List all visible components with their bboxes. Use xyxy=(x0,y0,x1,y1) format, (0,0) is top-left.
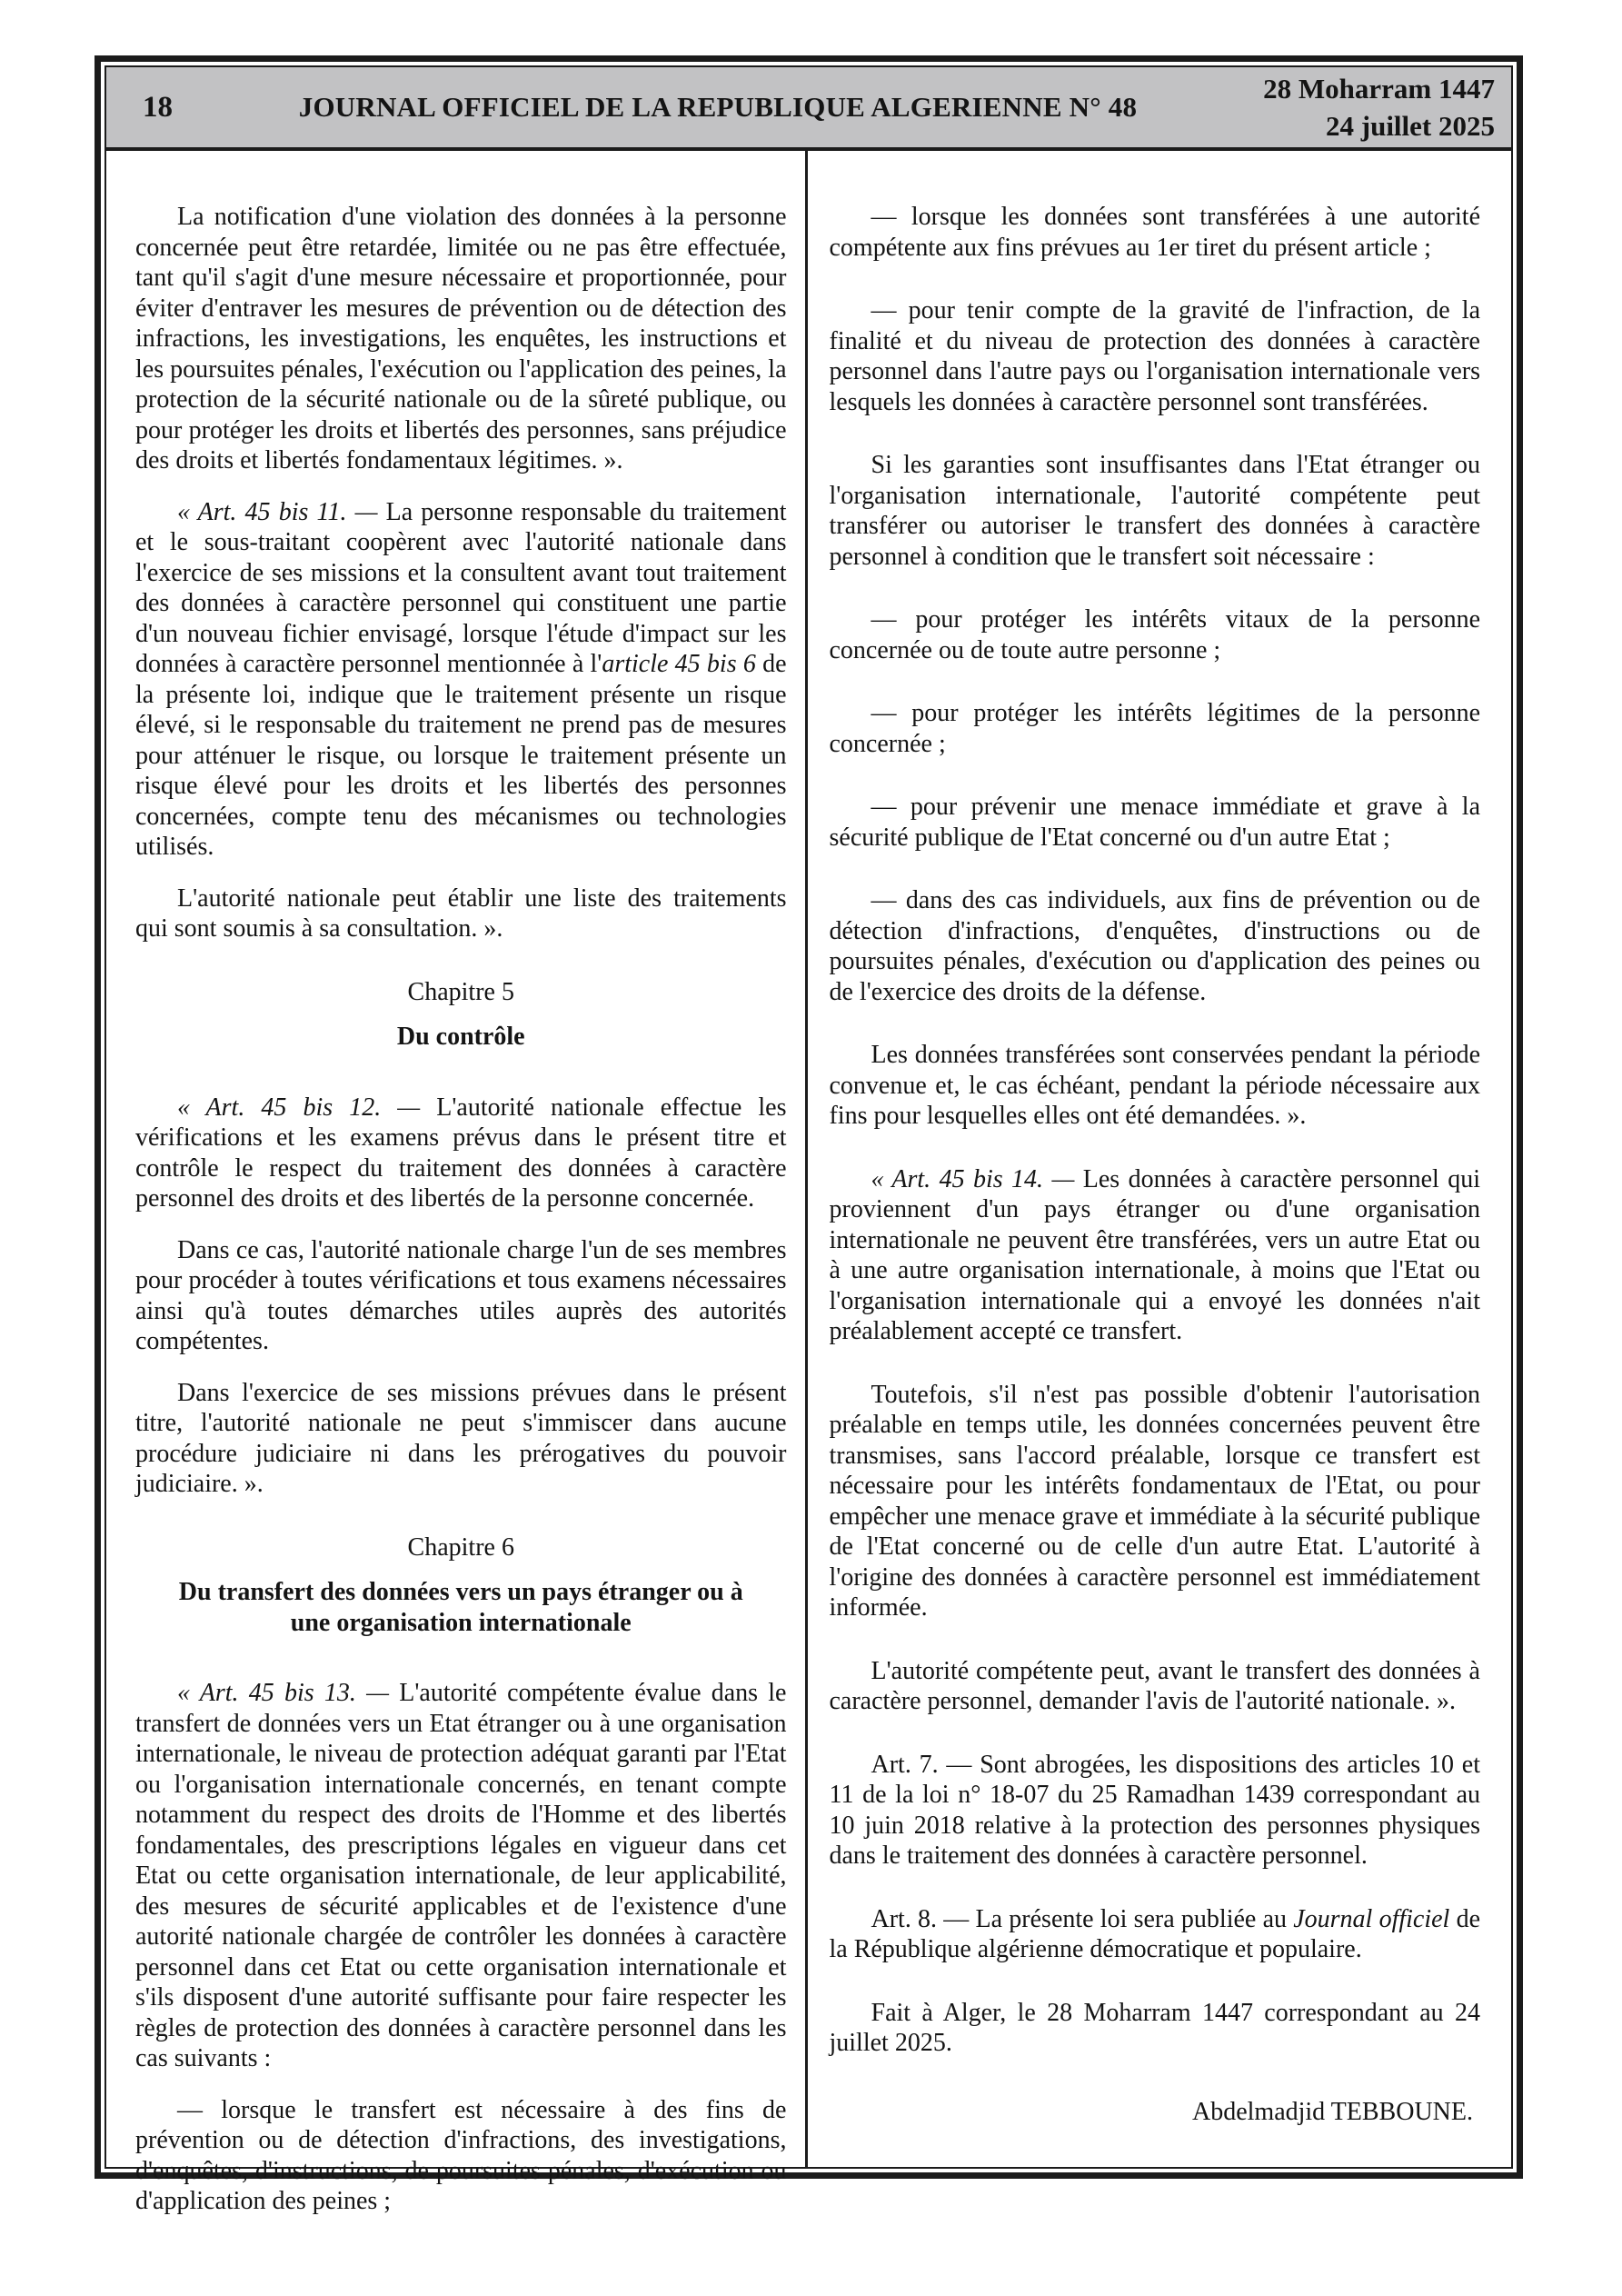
italic-text-segment: « Art. 45 bis 11. — xyxy=(177,498,386,526)
text-segment: — lorsque le transfert est nécessaire à … xyxy=(135,2096,787,2216)
paragraph: Dans ce cas, l'autorité nationale charge… xyxy=(135,1235,787,1357)
paragraph: — lorsque les données sont transférées à… xyxy=(830,202,1481,263)
paragraph: — pour protéger les intérêts vitaux de l… xyxy=(830,604,1481,665)
text-segment: Fait à Alger, le 28 Moharram 1447 corres… xyxy=(830,1999,1481,2058)
text-segment: Dans ce cas, l'autorité nationale charge… xyxy=(135,1236,787,1356)
paragraph: L'autorité compétente peut, avant le tra… xyxy=(830,1656,1481,1717)
text-segment: Chapitre 6 xyxy=(408,1533,514,1562)
header-band: 18 JOURNAL OFFICIEL DE LA REPUBLIQUE ALG… xyxy=(106,67,1511,151)
text-segment: Les données transférées sont conservées … xyxy=(830,1041,1481,1130)
paragraph: Les données transférées sont conservées … xyxy=(830,1040,1481,1132)
paragraph: « Art. 45 bis 11. — La personne responsa… xyxy=(135,497,787,863)
text-segment: — pour protéger les intérêts vitaux de l… xyxy=(830,605,1481,664)
paragraph: Fait à Alger, le 28 Moharram 1447 corres… xyxy=(830,1998,1481,2059)
chapter-title: Du contrôle xyxy=(135,1022,787,1053)
header-dates: 28 Moharram 1447 24 juillet 2025 xyxy=(1211,70,1511,145)
paragraph: — pour protéger les intérêts légitimes d… xyxy=(830,698,1481,759)
paragraph: Art. 7. — Sont abrogées, les disposition… xyxy=(830,1750,1481,1872)
text-segment: — pour protéger les intérêts légitimes d… xyxy=(830,699,1481,758)
text-segment: — pour tenir compte de la gravité de l'i… xyxy=(830,296,1481,416)
text-segment: L'autorité compétente évalue dans le tra… xyxy=(135,1679,787,2072)
date-hijri: 28 Moharram 1447 xyxy=(1211,70,1495,107)
paragraph: — pour tenir compte de la gravité de l'i… xyxy=(830,295,1481,417)
text-segment: — lorsque les données sont transférées à… xyxy=(830,203,1481,262)
italic-text-segment: Journal officiel xyxy=(1293,1905,1449,1933)
journal-title: JOURNAL OFFICIEL DE LA REPUBLIQUE ALGERI… xyxy=(224,91,1211,124)
text-segment: Du transfert des données vers un pays ét… xyxy=(179,1578,743,1637)
paragraph: Toutefois, s'il n'est pas possible d'obt… xyxy=(830,1380,1481,1623)
chapter-heading: Chapitre 6 xyxy=(135,1532,787,1563)
chapter-heading: Chapitre 5 xyxy=(135,977,787,1008)
paragraph: La notification d'une violation des donn… xyxy=(135,202,787,476)
signature: Abdelmadjid TEBBOUNE. xyxy=(830,2097,1481,2128)
italic-text-segment: article 45 bis 6 xyxy=(602,650,755,678)
text-segment: — dans des cas individuels, aux fins de … xyxy=(830,886,1481,1006)
text-segment: Art. 7. — Sont abrogées, les disposition… xyxy=(830,1751,1481,1871)
date-gregorian: 24 juillet 2025 xyxy=(1211,107,1495,145)
text-segment: L'autorité compétente peut, avant le tra… xyxy=(830,1657,1481,1716)
italic-text-segment: « Art. 45 bis 14. — xyxy=(871,1165,1083,1193)
chapter-title: Du transfert des données vers un pays ét… xyxy=(135,1577,787,1638)
text-segment: Toutefois, s'il n'est pas possible d'obt… xyxy=(830,1381,1481,1622)
paragraph: « Art. 45 bis 13. — L'autorité compétent… xyxy=(135,1678,787,2074)
paragraph: Si les garanties sont insuffisantes dans… xyxy=(830,450,1481,572)
paragraph: Art. 8. — La présente loi sera publiée a… xyxy=(830,1904,1481,1965)
page-inner-frame: 18 JOURNAL OFFICIEL DE LA REPUBLIQUE ALG… xyxy=(104,65,1513,2169)
paragraph: « Art. 45 bis 12. — L'autorité nationale… xyxy=(135,1093,787,1214)
paragraph: Dans l'exercice de ses missions prévues … xyxy=(135,1378,787,1500)
text-segment: Abdelmadjid TEBBOUNE. xyxy=(1192,2098,1473,2126)
text-segment: de la présente loi, indique que le trait… xyxy=(135,650,787,861)
italic-text-segment: « Art. 45 bis 12. — xyxy=(177,1093,436,1122)
page-number: 18 xyxy=(106,91,224,125)
text-segment: Chapitre 5 xyxy=(408,978,514,1006)
text-segment: Art. 8. — La présente loi sera publiée a… xyxy=(871,1905,1294,1933)
page-frame: 18 JOURNAL OFFICIEL DE LA REPUBLIQUE ALG… xyxy=(95,55,1523,2179)
paragraph: L'autorité nationale peut établir une li… xyxy=(135,883,787,944)
right-column: — lorsque les données sont transférées à… xyxy=(808,151,1512,2167)
text-segment: Si les garanties sont insuffisantes dans… xyxy=(830,451,1481,571)
text-segment: Dans l'exercice de ses missions prévues … xyxy=(135,1379,787,1499)
left-column: La notification d'une violation des donn… xyxy=(106,151,805,2167)
paragraph: — pour prévenir une menace immédiate et … xyxy=(830,792,1481,853)
paragraph: — lorsque le transfert est nécessaire à … xyxy=(135,2095,787,2217)
text-segment: La notification d'une violation des donn… xyxy=(135,203,787,474)
paragraph: — dans des cas individuels, aux fins de … xyxy=(830,885,1481,1007)
paragraph: « Art. 45 bis 14. — Les données à caract… xyxy=(830,1164,1481,1347)
page-content: La notification d'une violation des donn… xyxy=(106,151,1511,2167)
italic-text-segment: « Art. 45 bis 13. — xyxy=(177,1679,399,1707)
text-segment: — pour prévenir une menace immédiate et … xyxy=(830,793,1481,852)
text-segment: L'autorité nationale peut établir une li… xyxy=(135,884,787,943)
text-segment: Du contrôle xyxy=(397,1023,525,1051)
